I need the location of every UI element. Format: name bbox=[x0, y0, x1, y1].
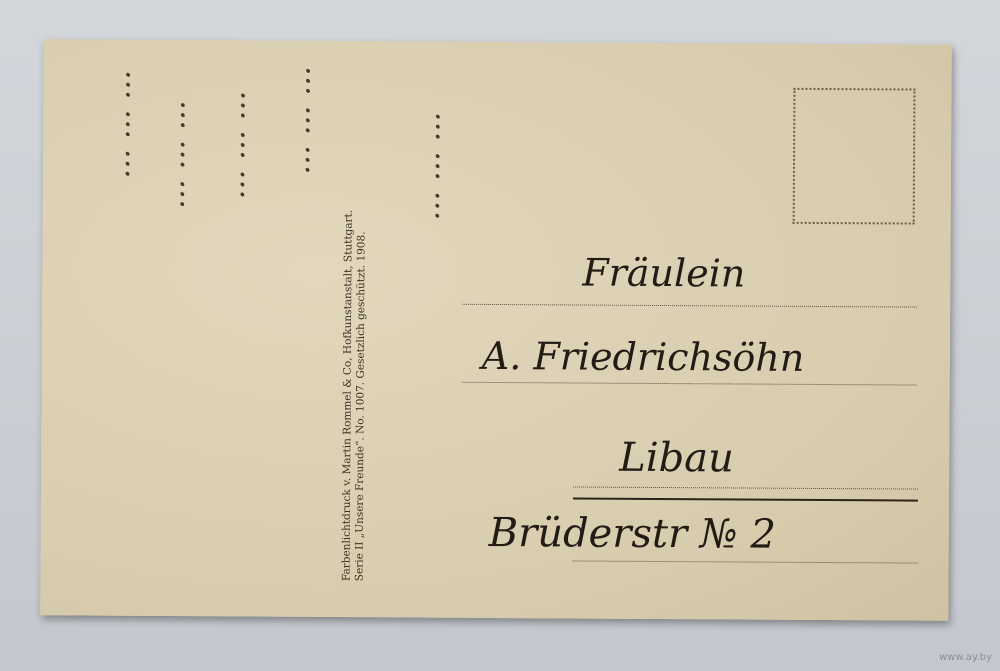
address-line-1 bbox=[462, 304, 917, 308]
address-line-4 bbox=[573, 560, 918, 563]
address-underline bbox=[573, 497, 918, 501]
imprint-line-2: Serie II „Unsere Freunde“. No. 1007. Ges… bbox=[353, 210, 368, 581]
address-city: Libau bbox=[619, 435, 734, 482]
message-column: … … … bbox=[173, 100, 209, 209]
message-column: … … … bbox=[298, 66, 334, 175]
stamp-placeholder bbox=[793, 88, 916, 225]
message-column: … … … bbox=[428, 112, 464, 221]
address-salutation: Fräulein bbox=[582, 251, 745, 296]
address-line-3 bbox=[573, 486, 918, 489]
message-column: … … … bbox=[233, 90, 269, 199]
printer-imprint: Farbenlichtdruck v. Martin Rommel & Co, … bbox=[340, 210, 368, 581]
message-column: … … … bbox=[118, 70, 154, 179]
postcard: Fräulein A. Friedrichsöhn Libau Brüderst… bbox=[40, 39, 952, 621]
address-recipient-name: A. Friedrichsöhn bbox=[482, 334, 805, 380]
address-street: Brüderstr № 2 bbox=[489, 510, 776, 558]
address-line-2 bbox=[462, 382, 917, 386]
watermark: www.ay.by bbox=[939, 652, 992, 663]
